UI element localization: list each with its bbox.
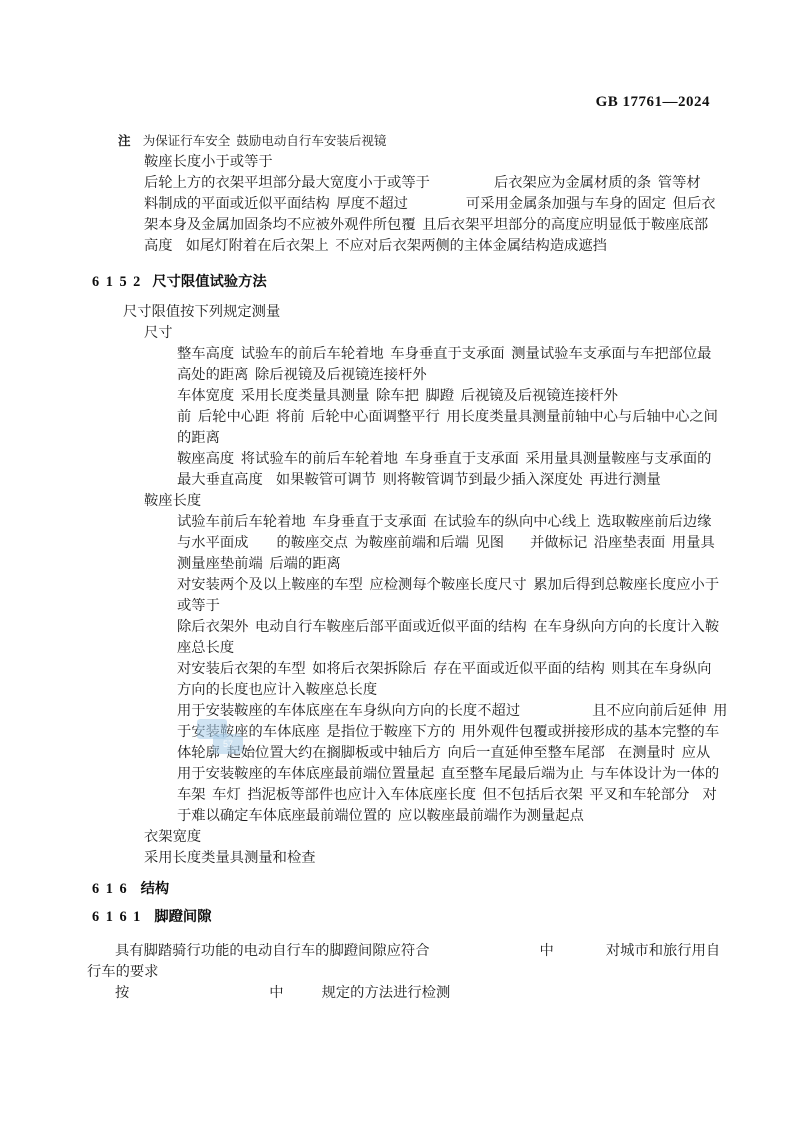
blank-gap bbox=[554, 954, 606, 955]
text-line: 尺寸 bbox=[144, 323, 173, 343]
text-segment: 规定的方法进行检测 bbox=[322, 985, 451, 1001]
text-line: 体轮廓 起始位置大约在搁脚板或中轴后方 向后一直延伸至整车尾部 在测量时 应从 bbox=[177, 743, 710, 763]
text-segment: 脚蹬间隙 bbox=[154, 909, 211, 925]
blank-gap bbox=[284, 996, 322, 997]
text-line: 用于安装鞍座的车体底座最前端位置量起 直至整车尾最后端为止 与车体设计为一体的 bbox=[177, 764, 719, 784]
text-line: 试验车前后车轮着地 车身垂直于支承面 在试验车的纵向中心线上 选取鞍座前后边缘 bbox=[177, 512, 711, 532]
text-line: 方向的长度也应计入鞍座总长度 bbox=[177, 680, 377, 700]
text-line: 架本身及金属加固条均不应被外观件所包覆 且后衣架平坦部分的高度应明显低于鞍座底部 bbox=[144, 215, 708, 235]
text-segment: 座总长度 bbox=[177, 640, 234, 656]
text-segment: 并做标记 沿座垫表面 用量具 bbox=[530, 535, 715, 551]
text-segment: 车架 车灯 挡泥板等部件也应计入车体底座长度 但不包括后衣架 平叉和车轮部分 对 bbox=[177, 787, 717, 803]
text-segment: 高处的距离 除后视镜及后视镜连接杆外 bbox=[177, 367, 427, 383]
text-segment: 对安装两个及以上鞍座的车型 应检测每个鞍座长度尺寸 累加后得到总鞍座长度应小于 bbox=[177, 577, 719, 593]
text-segment: 具有脚踏骑行功能的电动自行车的脚蹬间隙应符合 bbox=[115, 943, 430, 959]
text-segment: 6 1 6 bbox=[92, 881, 127, 897]
blank-gap bbox=[520, 714, 592, 715]
text-segment: 采用长度类量具测量和检查 bbox=[144, 850, 316, 866]
text-line: 座总长度 bbox=[177, 638, 234, 658]
text-line: 对安装后衣架的车型 如将后衣架拆除后 存在平面或近似平面的结构 则其在车身纵向 bbox=[177, 659, 711, 679]
blank-gap bbox=[248, 546, 276, 547]
text-segment: 为保证行车安全 鼓励电动自行车安装后视镜 bbox=[131, 134, 387, 148]
text-segment: 结构 bbox=[141, 881, 170, 897]
text-line: 尺寸限值按下列规定测量 bbox=[123, 302, 280, 322]
text-line: 与水平面成的鞍座交点 为鞍座前端和后端 见图并做标记 沿座垫表面 用量具 bbox=[177, 533, 715, 553]
text-line: 料制成的平面或近似平面结构 厚度不超过可采用金属条加强与车身的固定 但后衣 bbox=[144, 194, 716, 214]
text-segment: 或等于 bbox=[177, 598, 220, 614]
text-line: 于难以确定车体底座最前端位置的 应以鞍座最前端作为测量起点 bbox=[177, 806, 584, 826]
text-segment: 行车的要求 bbox=[87, 964, 158, 980]
text-segment: 后轮上方的衣架平坦部分最大宽度小于或等于 bbox=[144, 175, 430, 191]
standard-number: GB 17761—2024 bbox=[0, 94, 710, 111]
text-segment: 后衣架应为金属材质的条 管等材 bbox=[494, 175, 701, 191]
text-segment: 对安装后衣架的车型 如将后衣架拆除后 存在平面或近似平面的结构 则其在车身纵向 bbox=[177, 661, 711, 677]
text-segment: 对城市和旅行用自 bbox=[606, 943, 720, 959]
text-segment: 衣架宽度 bbox=[144, 829, 201, 845]
blank-gap bbox=[430, 954, 540, 955]
text-segment: 架本身及金属加固条均不应被外观件所包覆 且后衣架平坦部分的高度应明显低于鞍座底部 bbox=[144, 217, 708, 233]
text-line: 的距离 bbox=[177, 428, 220, 448]
text-segment: 6 1 5 2 bbox=[92, 274, 140, 290]
text-segment: 的鞍座交点 为鞍座前端和后端 见图 bbox=[276, 535, 504, 551]
text-segment: 可采用金属条加强与车身的固定 但后衣 bbox=[466, 196, 716, 212]
text-segment: 鞍座高度 将试验车的前后车轮着地 车身垂直于支承面 采用量具测量鞍座与支承面的 bbox=[177, 451, 711, 467]
text-segment: 注 bbox=[118, 134, 131, 148]
text-segment: 用于安装鞍座的车体底座最前端位置量起 直至整车尾最后端为止 与车体设计为一体的 bbox=[177, 766, 719, 782]
blank-gap bbox=[408, 207, 466, 208]
text-segment: 前 后轮中心距 将前 后轮中心面调整平行 用长度类量具测量前轴中心与后轴中心之间 bbox=[177, 409, 718, 425]
text-segment: 料制成的平面或近似平面结构 厚度不超过 bbox=[144, 196, 408, 212]
blank-gap bbox=[127, 892, 141, 893]
blank-gap bbox=[430, 186, 494, 187]
text-segment: 除后衣架外 电动自行车鞍座后部平面或近似平面的结构 在车身纵向方向的长度计入鞍 bbox=[177, 619, 719, 635]
text-segment: 且不应向前后延伸 用 bbox=[592, 703, 727, 719]
blank-gap bbox=[129, 996, 269, 997]
text-line: 对安装两个及以上鞍座的车型 应检测每个鞍座长度尺寸 累加后得到总鞍座长度应小于 bbox=[177, 575, 719, 595]
text-line: 或等于 bbox=[177, 596, 220, 616]
text-segment: 方向的长度也应计入鞍座总长度 bbox=[177, 682, 377, 698]
text-segment: 的距离 bbox=[177, 430, 220, 446]
text-segment: 中 bbox=[269, 985, 283, 1001]
text-line: 用于安装鞍座的车体底座在车身纵向方向的长度不超过且不应向前后延伸 用 bbox=[177, 701, 727, 721]
text-line: 按中规定的方法进行检测 bbox=[115, 983, 450, 1003]
text-segment: 尺寸限值试验方法 bbox=[152, 274, 266, 290]
text-segment: 于安装鞍座的车体底座 是指位于鞍座下方的 用外观件包覆或拼接形成的基本完整的车 bbox=[177, 724, 719, 740]
text-line: 采用长度类量具测量和检查 bbox=[144, 848, 316, 868]
blank-gap bbox=[140, 285, 152, 286]
text-segment: 尺寸限值按下列规定测量 bbox=[123, 304, 280, 320]
text-segment: 尺寸 bbox=[144, 325, 173, 341]
text-line: 车体宽度 采用长度类量具测量 除车把 脚蹬 后视镜及后视镜连接杆外 bbox=[177, 386, 618, 406]
document-page: GB 17761—2024 注 为保证行车安全 鼓励电动自行车安装后视镜鞍座长度… bbox=[0, 0, 793, 1122]
text-segment: 6 1 6 1 bbox=[92, 909, 140, 925]
text-line: 后轮上方的衣架平坦部分最大宽度小于或等于后衣架应为金属材质的条 管等材 bbox=[144, 173, 701, 193]
text-segment: 鞍座长度小于或等于 bbox=[144, 154, 273, 170]
text-line: 鞍座长度小于或等于 bbox=[144, 152, 273, 172]
text-line: 行车的要求 bbox=[87, 962, 158, 982]
text-line: 整车高度 试验车的前后车轮着地 车身垂直于支承面 测量试验车支承面与车把部位最 bbox=[177, 344, 711, 364]
text-line: 鞍座高度 将试验车的前后车轮着地 车身垂直于支承面 采用量具测量鞍座与支承面的 bbox=[177, 449, 711, 469]
text-segment: 与水平面成 bbox=[177, 535, 248, 551]
text-line: 除后衣架外 电动自行车鞍座后部平面或近似平面的结构 在车身纵向方向的长度计入鞍 bbox=[177, 617, 719, 637]
text-line: 测量座垫前端 后端的距离 bbox=[177, 554, 341, 574]
text-line: 衣架宽度 bbox=[144, 827, 201, 847]
text-segment: 中 bbox=[540, 943, 554, 959]
section-heading: 6 1 5 2尺寸限值试验方法 bbox=[92, 272, 267, 292]
text-line: 前 后轮中心距 将前 后轮中心面调整平行 用长度类量具测量前轴中心与后轴中心之间 bbox=[177, 407, 718, 427]
text-segment: 整车高度 试验车的前后车轮着地 车身垂直于支承面 测量试验车支承面与车把部位最 bbox=[177, 346, 711, 362]
text-line: 车架 车灯 挡泥板等部件也应计入车体底座长度 但不包括后衣架 平叉和车轮部分 对 bbox=[177, 785, 717, 805]
text-segment: 试验车前后车轮着地 车身垂直于支承面 在试验车的纵向中心线上 选取鞍座前后边缘 bbox=[177, 514, 711, 530]
blank-gap bbox=[504, 546, 530, 547]
text-line: 注 为保证行车安全 鼓励电动自行车安装后视镜 bbox=[118, 131, 386, 151]
text-line: 鞍座长度 bbox=[144, 491, 201, 511]
text-line: 具有脚踏骑行功能的电动自行车的脚蹬间隙应符合中对城市和旅行用自 bbox=[115, 941, 720, 961]
section-heading: 6 1 6结构 bbox=[92, 879, 169, 899]
text-segment: 鞍座长度 bbox=[144, 493, 201, 509]
text-line: 最大垂直高度 如果鞍管可调节 则将鞍管调节到最少插入深度处 再进行测量 bbox=[177, 470, 661, 490]
blank-gap bbox=[140, 920, 154, 921]
text-line: 高度 如尾灯附着在后衣架上 不应对后衣架两侧的主体金属结构造成遮挡 bbox=[144, 236, 607, 256]
text-line: 于安装鞍座的车体底座 是指位于鞍座下方的 用外观件包覆或拼接形成的基本完整的车 bbox=[177, 722, 719, 742]
text-segment: 测量座垫前端 后端的距离 bbox=[177, 556, 341, 572]
text-segment: 体轮廓 起始位置大约在搁脚板或中轴后方 向后一直延伸至整车尾部 在测量时 应从 bbox=[177, 745, 710, 761]
section-heading: 6 1 6 1脚蹬间隙 bbox=[92, 907, 212, 927]
text-segment: 车体宽度 采用长度类量具测量 除车把 脚蹬 后视镜及后视镜连接杆外 bbox=[177, 388, 618, 404]
text-segment: 用于安装鞍座的车体底座在车身纵向方向的长度不超过 bbox=[177, 703, 520, 719]
text-segment: 最大垂直高度 如果鞍管可调节 则将鞍管调节到最少插入深度处 再进行测量 bbox=[177, 472, 661, 488]
text-segment: 于难以确定车体底座最前端位置的 应以鞍座最前端作为测量起点 bbox=[177, 808, 584, 824]
text-segment: 按 bbox=[115, 985, 129, 1001]
text-segment: 高度 如尾灯附着在后衣架上 不应对后衣架两侧的主体金属结构造成遮挡 bbox=[144, 238, 607, 254]
text-line: 高处的距离 除后视镜及后视镜连接杆外 bbox=[177, 365, 427, 385]
